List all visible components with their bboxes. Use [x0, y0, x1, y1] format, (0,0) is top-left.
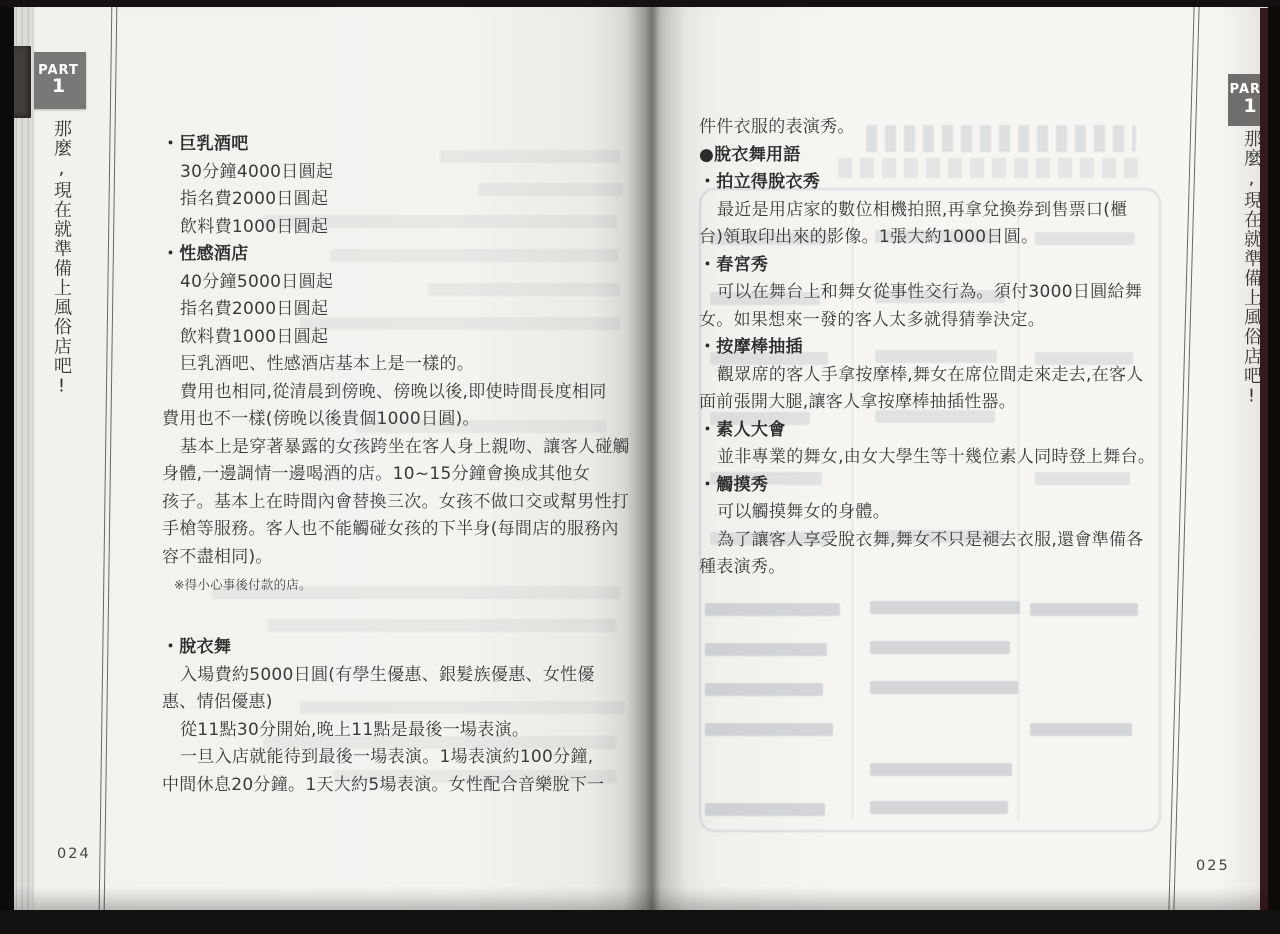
left-page-text-column: ・脫衣舞 入場費約5000日圓(有學生優惠、銀髮族優惠、女性優 惠、情侶優惠) … [162, 634, 634, 799]
text-line: 從11點30分開始,晚上11點是最後一場表演。 [162, 717, 634, 745]
text-line: 巨乳酒吧、性感酒店基本上是一樣的。 [162, 351, 634, 379]
section-heading: ・拍立得脫衣秀 [699, 169, 1161, 197]
text-line: 台)領取印出來的影像。1張大約1000日圓。 [699, 224, 1161, 252]
text-line: 面前張開大腿,讓客人拿按摩棒抽插性器。 [699, 389, 1161, 417]
text-line: 惠、情侶優惠) [162, 689, 634, 717]
text-line: 40分鐘5000日圓起 [162, 269, 634, 297]
text-line: 入場費約5000日圓(有學生優惠、銀髮族優惠、女性優 [162, 662, 634, 690]
section-heading: ・觸摸秀 [699, 472, 1161, 500]
page-bottom-shadow [14, 886, 1268, 910]
scan-background-right [1268, 0, 1280, 934]
right-page-text-column: 件件衣服的表演秀。 ●脫衣舞用語 ・拍立得脫衣秀 最近是用店家的數位相機拍照,再… [699, 114, 1161, 582]
text-line: 一旦入店就能待到最後一場表演。1場表演約100分鐘, [162, 744, 634, 772]
scan-background-top [0, 0, 1280, 7]
page-edge-stack [14, 6, 34, 910]
section-heading: ・性感酒店 [162, 241, 634, 269]
text-line: 女。如果想來一發的客人太多就得猜拳決定。 [699, 307, 1161, 335]
part-tab-left: PART 1 [31, 52, 86, 109]
text-line: 可以觸摸舞女的身體。 [699, 499, 1161, 527]
footnote: ※得小心事後付款的店。 [162, 571, 634, 599]
section-heading: ・脫衣舞 [162, 634, 634, 662]
section-heading: ・按摩棒抽插 [699, 334, 1161, 362]
left-page-text-column: ・巨乳酒吧 30分鐘4000日圓起 指名費2000日圓起 飲料費1000日圓起 … [162, 131, 634, 599]
text-line: 可以在舞台上和舞女從事性交行為。須付3000日圓給舞 [699, 279, 1161, 307]
text-line: 觀眾席的客人手拿按摩棒,舞女在席位間走來走去,在客人 [699, 362, 1161, 390]
text-line: 種表演秀。 [699, 554, 1161, 582]
text-line: 基本上是穿著暴露的女孩跨坐在客人身上親吻、讓客人碰觸 [162, 434, 634, 462]
text-line: 飲料費1000日圓起 [162, 214, 634, 242]
text-line: 費用也相同,從清晨到傍晚、傍晚以後,即使時間長度相同 [162, 379, 634, 407]
text-line: 飲料費1000日圓起 [162, 324, 634, 352]
section-heading: ・素人大會 [699, 417, 1161, 445]
text-line: 孩子。基本上在時間內會替換三次。女孩不做口交或幫男性打 [162, 489, 634, 517]
text-line: 指名費2000日圓起 [162, 296, 634, 324]
section-heading: ●脫衣舞用語 [699, 142, 1161, 170]
scan-background-bottom [0, 910, 1280, 934]
section-heading: ・巨乳酒吧 [162, 131, 634, 159]
page-number-right: 025 [1196, 858, 1230, 874]
text-line: 30分鐘4000日圓起 [162, 159, 634, 187]
text-line: 容不盡相同)。 [162, 544, 634, 572]
scan-background-left [0, 0, 14, 934]
text-line: 指名費2000日圓起 [162, 186, 634, 214]
text-line: 並非專業的舞女,由女大學生等十幾位素人同時登上舞台。 [699, 444, 1161, 472]
text-line: 為了讓客人享受脫衣舞,舞女不只是褪去衣服,還會準備各 [699, 527, 1161, 555]
text-line: 手槍等服務。客人也不能觸碰女孩的下半身(每間店的服務內 [162, 516, 634, 544]
text-line: 身體,一邊調情一邊喝酒的店。10~15分鐘會換成其他女 [162, 461, 634, 489]
text-line: 最近是用店家的數位相機拍照,再拿兌換券到售票口(櫃 [699, 197, 1161, 225]
page-number-left: 024 [57, 846, 91, 862]
chapter-title-vertical-left: 那麼,現在就準備上風俗店吧! [48, 119, 74, 398]
text-line: 中間休息20分鐘。1天大約5場表演。女性配合音樂脫下一 [162, 772, 634, 800]
text-line: 費用也不一樣(傍晚以後貴個1000日圓)。 [162, 406, 634, 434]
scanned-book-spread: PART 1 那麼,現在就準備上風俗店吧! PART 1 那麼,現在就準備上風俗… [0, 0, 1280, 934]
text-line: 件件衣服的表演秀。 [699, 114, 1161, 142]
section-heading: ・春宮秀 [699, 252, 1161, 280]
part-number: 1 [31, 77, 86, 97]
